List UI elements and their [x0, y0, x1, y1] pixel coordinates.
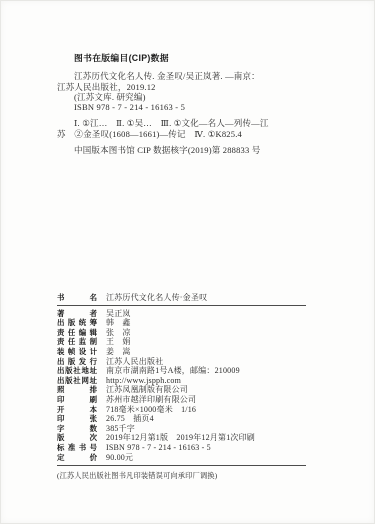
colophon-value: 2019年12月第1版 2019年12月第1次印刷 — [106, 432, 255, 443]
cip-line: 苏 ②金圣叹(1608—1661)—传记 Ⅳ. ①K825.4 — [57, 129, 309, 139]
colophon-row: 责任监制 王 娟 — [57, 336, 306, 346]
colophon-row: 出版统筹 韩 鑫 — [57, 317, 306, 327]
price-value: 90.00元 — [106, 452, 133, 463]
colophon-row: 著者 吴正岚 — [57, 308, 306, 318]
colophon-row: 责任编辑 张 凉 — [57, 327, 306, 337]
colophon-row: 印刷 苏州市越洋印刷有限公司 — [57, 394, 306, 404]
divider-top — [57, 305, 306, 306]
colophon-row: 出版发行 江苏人民出版社 — [57, 356, 306, 366]
cip-line: (江苏文库. 研究编) — [57, 92, 309, 102]
colophon-row: 出版社地址 南京市湖南路1号A楼，邮编：210009 — [57, 365, 306, 375]
colophon-row: 字数 385千字 — [57, 423, 306, 433]
colophon-label: 书名 — [57, 292, 97, 303]
divider-bottom — [57, 465, 306, 466]
cip-line: Ⅰ. ①江… Ⅱ. ①吴… Ⅲ. ①文化—名人—列传—江 — [57, 118, 309, 128]
colophon-block: 书名 江苏历代文化名人传·金圣叹 著者 吴正岚 出版统筹 韩 鑫 责任编辑 张 … — [57, 292, 306, 481]
book-title: 江苏历代文化名人传·金圣叹 — [106, 292, 207, 303]
cip-record-number: 中国版本图书馆 CIP 数据核字(2019)第 288833 号 — [57, 145, 309, 155]
cip-block: 图书在版编目(CIP)数据 江苏历代文化名人传. 金圣叹/吴正岚著. —南京： … — [57, 53, 309, 155]
book-copyright-page: 图书在版编目(CIP)数据 江苏历代文化名人传. 金圣叹/吴正岚著. —南京： … — [0, 0, 375, 524]
colophon-label: 定价 — [57, 452, 97, 463]
cip-header: 图书在版编目(CIP)数据 — [74, 53, 309, 63]
colophon-row: 印张 26.75 插页4 — [57, 413, 306, 423]
colophon-row: 定价 90.00元 — [57, 452, 306, 462]
colophon-row: 标准书号 ISBN 978 - 7 - 214 - 16163 - 5 — [57, 442, 306, 452]
reprint-exchange-note: (江苏人民出版社图书凡印装错误可向承印厂调换) — [57, 471, 306, 481]
colophon-row: 装帧设计 姜 嵩 — [57, 346, 306, 356]
colophon-value: 南京市湖南路1号A楼，邮编：210009 — [106, 365, 240, 376]
cip-line: ISBN 978 - 7 - 214 - 16163 - 5 — [57, 102, 309, 112]
colophon-row: 照排 江苏凤凰制版有限公司 — [57, 384, 306, 394]
cip-line: 江苏历代文化名人传. 金圣叹/吴正岚著. —南京： — [57, 71, 309, 81]
colophon-row: 开本 718毫米×1000毫米 1/16 — [57, 404, 306, 414]
colophon-row: 版次 2019年12月第1版 2019年12月第1次印刷 — [57, 432, 306, 442]
colophon-row: 出版社网址 http://www.jspph.com — [57, 375, 306, 385]
cip-line: 江苏人民出版社，2019.12 — [57, 82, 309, 92]
colophon-row-title: 书名 江苏历代文化名人传·金圣叹 — [57, 292, 306, 302]
